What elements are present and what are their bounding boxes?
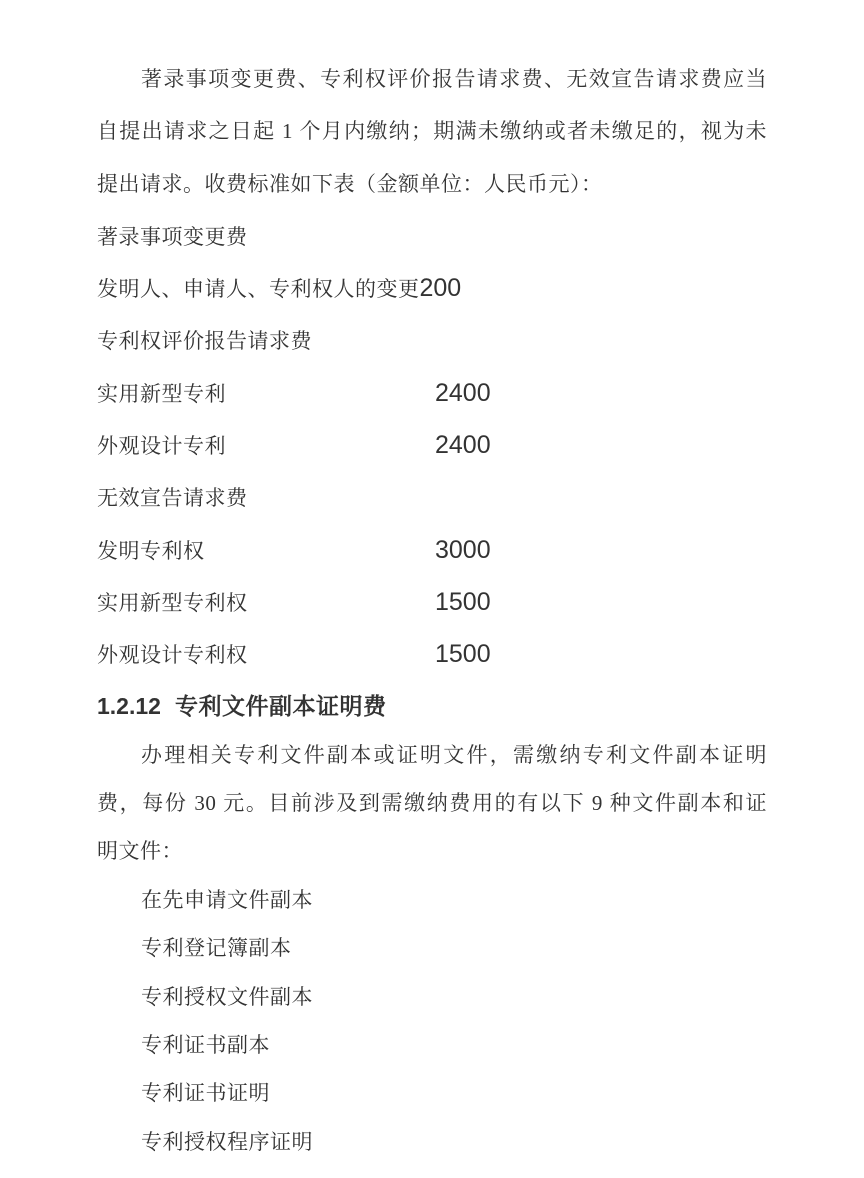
- section-heading-title: 专利文件副本证明费: [175, 694, 387, 719]
- section-body-line: 费，每份 30 元。目前涉及到需缴纳费用的有以下 9 种文件副本和证: [97, 779, 767, 827]
- fee-row: 发明人、申请人、专利权人的变更200: [97, 262, 767, 314]
- fee-row-value: 1500: [435, 640, 491, 668]
- fee-row: 专利权评价报告请求费: [97, 314, 767, 366]
- fee-row: 无效宣告请求费: [97, 471, 767, 523]
- fee-row-label: 无效宣告请求费: [97, 486, 248, 510]
- fee-row-label: 实用新型专利权: [97, 577, 435, 628]
- fee-row: 实用新型专利2400: [97, 367, 767, 419]
- fee-row-label: 外观设计专利权: [97, 629, 435, 680]
- fee-row: 外观设计专利权1500: [97, 628, 767, 680]
- fee-row-label: 发明人、申请人、专利权人的变更: [97, 277, 420, 301]
- section-paragraph: 办理相关专利文件副本或证明文件，需缴纳专利文件副本证明 费，每份 30 元。目前…: [97, 731, 767, 876]
- fee-row: 著录事项变更费: [97, 210, 767, 262]
- list-item: 专利登记簿副本: [97, 924, 767, 972]
- intro-paragraph: 著录事项变更费、专利权评价报告请求费、无效宣告请求费应当 自提出请求之日起 1 …: [97, 53, 767, 210]
- section-body-line: 办理相关专利文件副本或证明文件，需缴纳专利文件副本证明: [97, 731, 767, 779]
- section-heading: 1.2.12专利文件副本证明费: [97, 681, 767, 731]
- fee-row-value: 200: [420, 274, 462, 302]
- fee-row: 外观设计专利2400: [97, 419, 767, 471]
- fee-table: 著录事项变更费 发明人、申请人、专利权人的变更200 专利权评价报告请求费 实用…: [97, 210, 767, 681]
- list-item: 专利授权文件副本: [97, 973, 767, 1021]
- list-item: 专利证书证明: [97, 1069, 767, 1117]
- fee-row-value: 2400: [435, 431, 491, 459]
- fee-row-value: 2400: [435, 379, 491, 407]
- section-body-line: 明文件：: [97, 827, 767, 875]
- fee-row-label: 著录事项变更费: [97, 225, 248, 249]
- intro-line: 著录事项变更费、专利权评价报告请求费、无效宣告请求费应当: [97, 53, 767, 105]
- fee-row-value: 3000: [435, 536, 491, 564]
- list-item: 在先申请文件副本: [97, 876, 767, 924]
- fee-row: 发明专利权3000: [97, 524, 767, 576]
- fee-row-value: 1500: [435, 588, 491, 616]
- fee-row: 实用新型专利权1500: [97, 576, 767, 628]
- intro-line: 自提出请求之日起 1 个月内缴纳；期满未缴纳或者未缴足的，视为未: [97, 105, 767, 157]
- section-heading-number: 1.2.12: [97, 693, 161, 719]
- fee-row-label: 实用新型专利: [97, 368, 435, 419]
- fee-row-label: 专利权评价报告请求费: [97, 329, 312, 353]
- intro-line: 提出请求。收费标准如下表（金额单位：人民币元）：: [97, 158, 767, 210]
- list-item: 专利授权程序证明: [97, 1118, 767, 1166]
- list-item: 专利证书副本: [97, 1021, 767, 1069]
- document-page: 著录事项变更费、专利权评价报告请求费、无效宣告请求费应当 自提出请求之日起 1 …: [0, 0, 864, 1178]
- document-copy-list: 在先申请文件副本 专利登记簿副本 专利授权文件副本 专利证书副本 专利证书证明 …: [97, 876, 767, 1166]
- fee-row-label: 外观设计专利: [97, 420, 435, 471]
- fee-row-label: 发明专利权: [97, 525, 435, 576]
